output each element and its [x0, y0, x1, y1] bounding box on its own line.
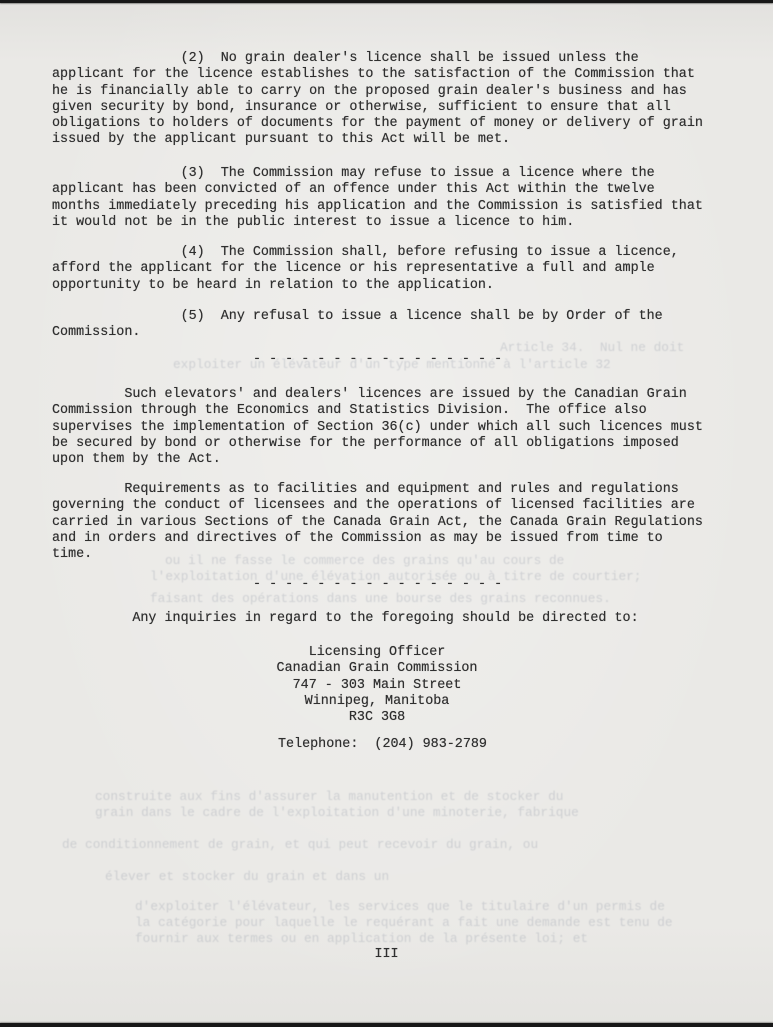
clause-4-paragraph: (4) The Commission shall, before refusin… — [52, 245, 679, 294]
bleed-through-text: fournir aux termes ou en application de … — [135, 931, 588, 947]
clause-3-paragraph: (3) The Commission may refuse to issue a… — [52, 166, 703, 231]
clause-2-paragraph: (2) No grain dealer's licence shall be i… — [52, 51, 703, 149]
dashed-separator: - - - - - - - - - - - - - - - - — [253, 352, 502, 368]
mailing-address-block: Licensing Officer Canadian Grain Commiss… — [252, 645, 502, 726]
clause-5-paragraph: (5) Any refusal to issue a licence shall… — [52, 309, 663, 342]
requirements-paragraph: Requirements as to facilities and equipm… — [52, 482, 703, 563]
scan-edge-bottom — [0, 1023, 773, 1027]
scanned-document-page: Article 34. Nul ne doit exploiter un élé… — [0, 0, 773, 1027]
bleed-through-text: d'exploiter l'élévateur, les services qu… — [135, 899, 665, 915]
telephone-line: Telephone: (204) 983-2789 — [278, 737, 487, 753]
page-number: III — [0, 947, 773, 963]
scan-edge-top — [0, 0, 773, 3]
bleed-through-text: la catégorie pour laquelle le requérant … — [135, 915, 673, 931]
dashed-separator: - - - - - - - - - - - - - - - - — [253, 577, 502, 593]
bleed-through-text: faisant des opérations dans une bourse d… — [150, 591, 611, 607]
inquiries-line: Any inquiries in regard to the foregoing… — [52, 611, 639, 627]
bleed-through-text: élever et stocker du grain et dans un — [105, 869, 389, 885]
licences-paragraph: Such elevators' and dealers' licences ar… — [52, 387, 703, 468]
bleed-through-text: de conditionnement de grain, et qui peut… — [62, 837, 538, 853]
bleed-through-text: construite aux fins d'assurer la manuten… — [95, 789, 563, 805]
bleed-through-text: Article 34. Nul ne doit — [500, 340, 684, 356]
bleed-through-text: grain dans le cadre de l'exploitation d'… — [95, 805, 579, 821]
